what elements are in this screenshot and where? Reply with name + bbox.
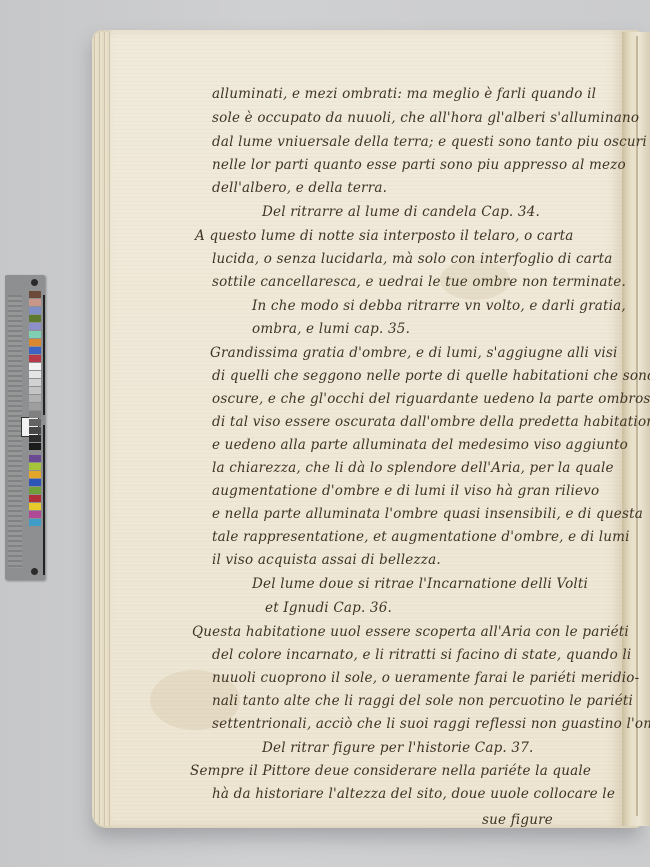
text-line: Questa habitatione uuol essere scoperta … <box>192 624 629 640</box>
text-line: di tal viso essere oscurata dall'ombre d… <box>212 414 650 430</box>
text-line: lucida, o senza lucidarla, mà solo con i… <box>212 251 613 267</box>
text-line: dal lume vniuersale della terra; e quest… <box>212 134 647 150</box>
chapter-heading: Del ritrarre al lume di candela Cap. 34. <box>262 204 540 220</box>
text-line: sole è occupato da nuuoli, che all'hora … <box>212 110 639 126</box>
text-line: la chiarezza, che li dà lo splendore del… <box>212 460 614 476</box>
text-line: dell'albero, e della terra. <box>212 180 387 196</box>
text-line: hà da historiare l'altezza del sito, dou… <box>212 786 615 802</box>
chapter-heading: et Ignudi Cap. 36. <box>265 600 392 616</box>
chapter-heading: Del lume doue si ritrae l'Incarnatione d… <box>252 576 588 592</box>
text-line: settentrionali, acciò che li suoi raggi … <box>212 716 650 732</box>
text-line: oscure, e che gl'occhi del riguardante u… <box>212 391 650 407</box>
text-line: sottile cancellaresca, e uedrai le tue o… <box>212 274 626 290</box>
text-line: nuuoli cuoprono il sole, o ueramente far… <box>212 670 639 686</box>
text-line: nelle lor parti quanto esse parti sono p… <box>212 157 626 173</box>
chapter-heading: Del ritrar figure per l'historie Cap. 37… <box>262 740 533 756</box>
text-line: A questo lume di notte sia interposto il… <box>195 228 573 244</box>
chapter-heading: ombra, e lumi cap. 35. <box>252 321 410 337</box>
catchword: sue figure <box>482 812 553 828</box>
text-line: nali tanto alte che li raggi del sole no… <box>212 693 633 709</box>
text-line: di quelli che seggono nelle porte di que… <box>212 368 650 384</box>
chapter-heading: In che modo si debba ritrarre vn volto, … <box>252 298 626 314</box>
text-line: Grandissima gratia d'ombre, e di lumi, s… <box>210 345 618 361</box>
text-line: il viso acquista assai di bellezza. <box>212 552 441 568</box>
handwritten-text: alluminati, e mezi ombrati: ma meglio è … <box>0 0 650 867</box>
text-line: alluminati, e mezi ombrati: ma meglio è … <box>212 86 596 102</box>
text-line: e uedeno alla parte alluminata del medes… <box>212 437 628 453</box>
text-line: Sempre il Pittore deue considerare nella… <box>190 763 591 779</box>
text-line: tale rappresentatione, et augmentatione … <box>212 529 630 545</box>
text-line: augmentatione d'ombre e di lumi il viso … <box>212 483 599 499</box>
text-line: del colore incarnato, e li ritratti si f… <box>212 647 631 663</box>
text-line: e nella parte alluminata l'ombre quasi i… <box>212 506 643 522</box>
